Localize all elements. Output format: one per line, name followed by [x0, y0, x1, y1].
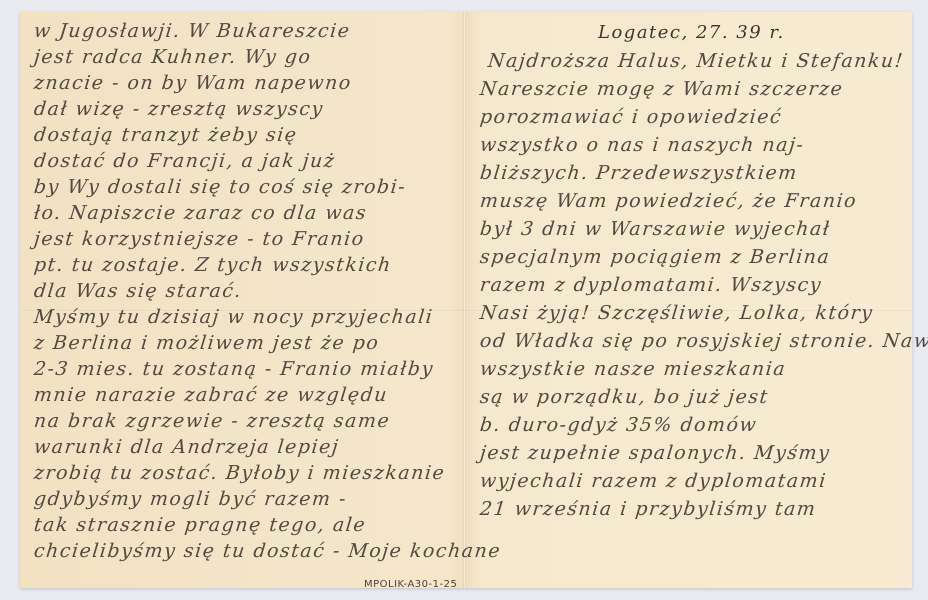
- handwritten-line: porozmawiać i opowiedzieć: [479, 106, 784, 128]
- handwritten-line: b. duro-gdyż 35% domów: [479, 414, 759, 436]
- handwritten-line: gdybyśmy mogli być razem -: [33, 488, 348, 510]
- handwritten-line: warunki dla Andrzeja lepiej: [33, 436, 341, 458]
- handwritten-line: tak strasznie pragnę tego, ale: [33, 514, 367, 536]
- handwritten-line: pt. tu zostaje. Z tych wszystkich: [33, 254, 393, 276]
- handwritten-line: muszę Wam powiedzieć, że Franio: [479, 190, 858, 212]
- handwritten-line: zrobią tu zostać. Byłoby i mieszkanie: [33, 462, 447, 484]
- handwritten-line: wyjechali razem z dyplomatami: [479, 470, 828, 492]
- handwritten-line: z Berlina i możliwem jest że po: [33, 332, 381, 354]
- handwritten-line: Nareszcie mogę z Wami szczerze: [479, 78, 845, 100]
- date-line: Logatec, 27. 39 r.: [598, 22, 785, 43]
- handwritten-line: jest korzystniejsze - to Franio: [33, 228, 366, 250]
- salutation: Najdroższa Halus, Mietku i Stefanku!: [487, 50, 905, 72]
- handwritten-line: bliższych. Przedewszystkiem: [479, 162, 799, 184]
- handwritten-line: dał wizę - zresztą wszyscy: [33, 98, 325, 120]
- handwritten-line: jest zupełnie spalonych. Myśmy: [479, 442, 832, 464]
- handwritten-line: na brak zgrzewie - zresztą same: [33, 410, 392, 432]
- handwritten-line: dla Was się starać.: [33, 280, 243, 302]
- handwritten-line: by Wy dostali się to coś się zrobi-: [33, 176, 408, 198]
- handwritten-line: Nasi żyją! Szczęśliwie, Lolka, który: [479, 302, 875, 324]
- handwritten-line: 2-3 mies. tu zostaną - Franio miałby: [33, 358, 435, 380]
- handwritten-line: specjalnym pociągiem z Berlina: [479, 246, 832, 268]
- handwritten-line: był 3 dni w Warszawie wyjechał: [479, 218, 832, 240]
- handwritten-line: w Jugosławji. W Bukareszcie: [33, 20, 352, 42]
- handwritten-line: 21 września i przybyliśmy tam: [479, 498, 818, 520]
- handwritten-line: wszystko o nas i naszych naj-: [479, 134, 806, 156]
- center-fold: [463, 12, 466, 588]
- letter-paper: w Jugosławji. W Bukareszcie jest radca K…: [20, 12, 912, 588]
- handwritten-line: Myśmy tu dzisiaj w nocy przyjechali: [33, 306, 435, 328]
- handwritten-line: chcielibyśmy się tu dostać - Moje kochan…: [33, 540, 502, 562]
- right-page: Logatec, 27. 39 r. Najdroższa Halus, Mie…: [478, 12, 903, 588]
- handwritten-line: razem z dyplomatami. Wszyscy: [479, 274, 823, 296]
- catalog-number: MPOLIK-A30-1-25: [364, 579, 457, 590]
- handwritten-line: dostają tranzyt żeby się: [33, 124, 299, 146]
- handwritten-line: mnie narazie zabrać ze względu: [33, 384, 389, 406]
- handwritten-line: ło. Napiszcie zaraz co dla was: [33, 202, 368, 224]
- handwritten-line: są w porządku, bo już jest: [479, 386, 770, 408]
- left-page: w Jugosławji. W Bukareszcie jest radca K…: [32, 12, 460, 588]
- handwritten-line: wszystkie nasze mieszkania: [479, 358, 788, 380]
- handwritten-line: jest radca Kuhner. Wy go: [33, 46, 313, 68]
- handwritten-line: dostać do Francji, a jak już: [33, 150, 337, 172]
- handwritten-line: od Władka się po rosyjskiej stronie. Naw…: [479, 330, 928, 352]
- handwritten-line: znacie - on by Wam napewno: [33, 72, 353, 94]
